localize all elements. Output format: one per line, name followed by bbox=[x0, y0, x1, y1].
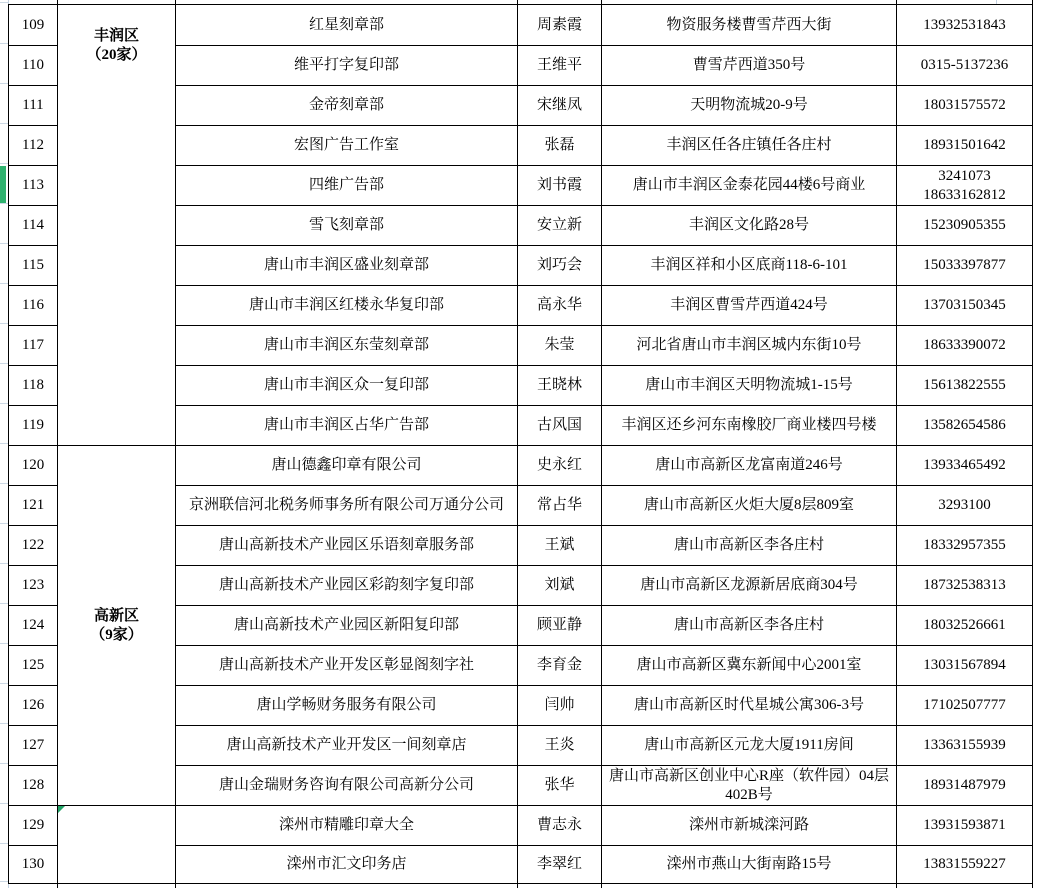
sheet-gridline-stub bbox=[0, 881, 8, 882]
district-cell[interactable]: 高新区（9家） bbox=[58, 446, 176, 806]
phone-cell-line: 13831559227 bbox=[899, 855, 1030, 874]
spreadsheet-viewport: 109丰润区（20家）红星刻章部周素霞物资服务楼曹雪芹西大街1393253184… bbox=[0, 0, 1038, 888]
cell-comment-indicator-triangle bbox=[58, 806, 65, 813]
phone-cell-line: 13932531843 bbox=[899, 16, 1030, 35]
business-name-cell[interactable]: 唐山高新技术产业园区新阳复印部 bbox=[176, 606, 518, 646]
address-cell-line: 丰润区祥和小区底商118-6-101 bbox=[604, 256, 894, 275]
column-border-stub bbox=[896, 0, 897, 4]
phone-cell-line: 0315-5137236 bbox=[899, 56, 1030, 75]
phone-cell-line: 13703150345 bbox=[899, 296, 1030, 315]
address-cell[interactable]: 丰润区文化路28号 bbox=[602, 206, 897, 246]
address-cell-line: 唐山市高新区时代星城公寓306-3号 bbox=[604, 696, 894, 715]
contact-person-cell[interactable]: 李翠红 bbox=[518, 846, 602, 884]
address-cell[interactable]: 滦州市燕山大街南路15号 bbox=[602, 846, 897, 884]
sheet-gridline-stub bbox=[0, 763, 8, 764]
contact-person-cell[interactable]: 史永红 bbox=[518, 446, 602, 486]
phone-cell-line: 18031575572 bbox=[899, 96, 1030, 115]
sheet-gridline-stub bbox=[0, 483, 8, 484]
sheet-gridline-stub bbox=[0, 203, 8, 204]
contact-person-cell[interactable]: 张磊 bbox=[518, 126, 602, 166]
phone-cell-line: 15033397877 bbox=[899, 256, 1030, 275]
address-cell[interactable]: 唐山市高新区时代星城公寓306-3号 bbox=[602, 686, 897, 726]
row-number-cell[interactable]: 127 bbox=[9, 726, 58, 766]
business-name-cell[interactable]: 金帝刻章部 bbox=[176, 86, 518, 126]
address-cell[interactable]: 唐山市高新区火炬大厦8层809室 bbox=[602, 486, 897, 526]
contact-person-cell[interactable]: 安立新 bbox=[518, 206, 602, 246]
sheet-gridline-stub bbox=[0, 843, 8, 844]
business-name-cell[interactable]: 唐山市丰润区盛业刻章部 bbox=[176, 246, 518, 286]
address-cell-line: 唐山市高新区创业中心R座（软件园）04层 bbox=[604, 767, 894, 786]
business-name-cell[interactable]: 唐山市丰润区众一复印部 bbox=[176, 366, 518, 406]
phone-cell[interactable]: 15230905355 bbox=[897, 206, 1033, 246]
row-number-cell[interactable]: 123 bbox=[9, 566, 58, 606]
sheet-gridline-stub bbox=[0, 443, 8, 444]
phone-cell[interactable]: 3293100 bbox=[897, 486, 1033, 526]
phone-cell-line: 18633390072 bbox=[899, 336, 1030, 355]
address-cell[interactable]: 唐山市高新区龙富南道246号 bbox=[602, 446, 897, 486]
phone-cell-line: 13582654586 bbox=[899, 416, 1030, 435]
address-cell-line: 天明物流城20-9号 bbox=[604, 96, 894, 115]
address-cell[interactable]: 唐山市高新区元龙大厦1911房间 bbox=[602, 726, 897, 766]
phone-cell-line: 18032526661 bbox=[899, 616, 1030, 635]
contact-person-cell[interactable]: 周素霞 bbox=[518, 5, 602, 46]
address-cell[interactable]: 物资服务楼曹雪芹西大街 bbox=[602, 5, 897, 46]
phone-cell-line: 15613822555 bbox=[899, 376, 1030, 395]
address-cell-line: 唐山市高新区龙源新居底商304号 bbox=[604, 576, 894, 595]
district-label: 丰润区（20家） bbox=[60, 5, 173, 65]
address-cell[interactable]: 滦州市新城滦河路 bbox=[602, 806, 897, 846]
row-selection-highlight bbox=[0, 166, 6, 204]
phone-cell-line: 18931487979 bbox=[899, 776, 1030, 795]
row-number-cell[interactable]: 115 bbox=[9, 246, 58, 286]
contact-person-cell[interactable]: 刘斌 bbox=[518, 566, 602, 606]
phone-cell[interactable]: 18931487979 bbox=[897, 766, 1033, 806]
phone-cell-line: 3293100 bbox=[899, 496, 1030, 515]
phone-cell-line: 18931501642 bbox=[899, 136, 1030, 155]
row-number-cell[interactable]: 110 bbox=[9, 46, 58, 86]
row-number-cell[interactable]: 113 bbox=[9, 166, 58, 206]
table-row: 120高新区（9家）唐山德鑫印章有限公司史永红唐山市高新区龙富南道246号139… bbox=[9, 446, 1033, 486]
address-cell-line: 唐山市高新区李各庄村 bbox=[604, 536, 894, 555]
phone-cell-line: 3241073 bbox=[899, 167, 1030, 186]
contact-person-cell[interactable]: 顾亚静 bbox=[518, 606, 602, 646]
address-cell-line: 丰润区还乡河东南橡胶厂商业楼四号楼 bbox=[604, 416, 894, 435]
address-cell[interactable]: 唐山市丰润区天明物流城1-15号 bbox=[602, 366, 897, 406]
business-name-cell[interactable]: 唐山市丰润区红楼永华复印部 bbox=[176, 286, 518, 326]
address-cell-line: 唐山市高新区李各庄村 bbox=[604, 616, 894, 635]
contact-person-cell[interactable]: 古风国 bbox=[518, 406, 602, 446]
table-row: 109丰润区（20家）红星刻章部周素霞物资服务楼曹雪芹西大街1393253184… bbox=[9, 5, 1033, 46]
column-border-stub bbox=[57, 883, 58, 888]
phone-cell[interactable]: 13932531843 bbox=[897, 5, 1033, 46]
business-name-cell[interactable]: 京洲联信河北税务师事务所有限公司万通分公司 bbox=[176, 486, 518, 526]
row-number-cell[interactable]: 112 bbox=[9, 126, 58, 166]
sheet-gridline-stub bbox=[0, 563, 8, 564]
phone-cell[interactable]: 0315-5137236 bbox=[897, 46, 1033, 86]
sheet-gridline-stub bbox=[0, 403, 8, 404]
business-name-cell[interactable]: 四维广告部 bbox=[176, 166, 518, 206]
column-border-stub bbox=[175, 0, 176, 4]
address-cell[interactable]: 丰润区曹雪芹西道424号 bbox=[602, 286, 897, 326]
business-name-cell[interactable]: 唐山高新技术产业开发区一间刻章店 bbox=[176, 726, 518, 766]
business-name-cell[interactable]: 唐山德鑫印章有限公司 bbox=[176, 446, 518, 486]
row-number-cell[interactable]: 125 bbox=[9, 646, 58, 686]
phone-cell-line: 18332957355 bbox=[899, 536, 1030, 555]
row-number-cell[interactable]: 124 bbox=[9, 606, 58, 646]
phone-cell-line: 17102507777 bbox=[899, 696, 1030, 715]
column-border-stub bbox=[601, 883, 602, 888]
phone-cell[interactable]: 13582654586 bbox=[897, 406, 1033, 446]
row-number-cell[interactable]: 126 bbox=[9, 686, 58, 726]
district-cell[interactable]: 丰润区（20家） bbox=[58, 5, 176, 446]
business-name-cell[interactable]: 唐山金瑞财务咨询有限公司高新分公司 bbox=[176, 766, 518, 806]
column-border-stub bbox=[517, 0, 518, 4]
district-name: 高新区 bbox=[60, 607, 173, 626]
business-name-cell[interactable]: 唐山学畅财务服务有限公司 bbox=[176, 686, 518, 726]
row-number-cell[interactable]: 122 bbox=[9, 526, 58, 566]
address-cell[interactable]: 唐山市高新区龙源新居底商304号 bbox=[602, 566, 897, 606]
address-cell[interactable]: 丰润区祥和小区底商118-6-101 bbox=[602, 246, 897, 286]
sheet-gridline-stub bbox=[0, 163, 8, 164]
row-number-cell[interactable]: 116 bbox=[9, 286, 58, 326]
address-cell[interactable]: 唐山市高新区李各庄村 bbox=[602, 606, 897, 646]
address-cell[interactable]: 曹雪芹西道350号 bbox=[602, 46, 897, 86]
district-count: （9家） bbox=[60, 626, 173, 645]
row-number-cell[interactable]: 117 bbox=[9, 326, 58, 366]
phone-cell-line: 18732538313 bbox=[899, 576, 1030, 595]
phone-cell[interactable]: 324107318633162812 bbox=[897, 166, 1033, 206]
sheet-gridline-stub bbox=[0, 683, 8, 684]
contact-person-cell[interactable]: 宋继凤 bbox=[518, 86, 602, 126]
business-name-cell[interactable]: 唐山高新技术产业开发区彰显阁刻字社 bbox=[176, 646, 518, 686]
district-cell[interactable] bbox=[58, 806, 176, 884]
contact-person-cell[interactable]: 刘巧会 bbox=[518, 246, 602, 286]
address-cell[interactable]: 丰润区还乡河东南橡胶厂商业楼四号楼 bbox=[602, 406, 897, 446]
address-cell[interactable]: 唐山市高新区冀东新闻中心2001室 bbox=[602, 646, 897, 686]
phone-cell[interactable]: 18931501642 bbox=[897, 126, 1033, 166]
column-border-stub bbox=[175, 883, 176, 888]
business-name-cell[interactable]: 唐山高新技术产业园区乐语刻章服务部 bbox=[176, 526, 518, 566]
sheet-gridline-stub bbox=[0, 283, 8, 284]
row-number-cell[interactable]: 128 bbox=[9, 766, 58, 806]
sheet-gridline-stub bbox=[0, 83, 8, 84]
row-number-cell[interactable]: 118 bbox=[9, 366, 58, 406]
phone-cell[interactable]: 18633390072 bbox=[897, 326, 1033, 366]
column-border-stub bbox=[517, 883, 518, 888]
sheet-gridline-stub bbox=[0, 523, 8, 524]
address-cell-line: 滦州市燕山大街南路15号 bbox=[604, 855, 894, 874]
address-cell-line: 唐山市丰润区天明物流城1-15号 bbox=[604, 376, 894, 395]
address-cell-line: 唐山市高新区冀东新闻中心2001室 bbox=[604, 656, 894, 675]
business-name-cell[interactable]: 雪飞刻章部 bbox=[176, 206, 518, 246]
row-number-cell[interactable]: 111 bbox=[9, 86, 58, 126]
district-name: 丰润区 bbox=[60, 27, 173, 46]
sheet-gridline-stub bbox=[0, 643, 8, 644]
column-border-stub bbox=[601, 0, 602, 4]
address-cell-line: 唐山市丰润区金泰花园44楼6号商业 bbox=[604, 176, 894, 195]
phone-cell[interactable]: 15613822555 bbox=[897, 366, 1033, 406]
sheet-gridline-stub bbox=[0, 2, 8, 3]
address-cell-line: 丰润区曹雪芹西道424号 bbox=[604, 296, 894, 315]
phone-cell[interactable]: 13363155939 bbox=[897, 726, 1033, 766]
phone-cell-line: 15230905355 bbox=[899, 216, 1030, 235]
phone-cell[interactable]: 15033397877 bbox=[897, 246, 1033, 286]
column-border-stub bbox=[1032, 883, 1033, 888]
sheet-gridline-stub bbox=[0, 243, 8, 244]
column-border-stub bbox=[1032, 0, 1033, 4]
district-label: 高新区（9家） bbox=[60, 607, 173, 645]
business-name-cell[interactable]: 维平打字复印部 bbox=[176, 46, 518, 86]
address-cell-line: 丰润区文化路28号 bbox=[604, 216, 894, 235]
sheet-gridline-stub bbox=[0, 123, 8, 124]
sheet-gridline-stub bbox=[0, 723, 8, 724]
sheet-gridline-stub bbox=[0, 803, 8, 804]
address-cell-line: 唐山市高新区火炬大厦8层809室 bbox=[604, 496, 894, 515]
business-name-cell[interactable]: 宏图广告工作室 bbox=[176, 126, 518, 166]
contact-person-cell[interactable]: 刘书霞 bbox=[518, 166, 602, 206]
address-cell[interactable]: 丰润区任各庄镇任各庄村 bbox=[602, 126, 897, 166]
address-cell-line: 河北省唐山市丰润区城内东街10号 bbox=[604, 336, 894, 355]
phone-cell[interactable]: 13703150345 bbox=[897, 286, 1033, 326]
address-cell-line: 402B号 bbox=[604, 786, 894, 805]
phone-cell[interactable]: 13933465492 bbox=[897, 446, 1033, 486]
phone-cell[interactable]: 17102507777 bbox=[897, 686, 1033, 726]
phone-cell[interactable]: 18732538313 bbox=[897, 566, 1033, 606]
phone-cell[interactable]: 18032526661 bbox=[897, 606, 1033, 646]
phone-cell[interactable]: 13831559227 bbox=[897, 846, 1033, 884]
business-name-cell[interactable]: 唐山市丰润区东莹刻章部 bbox=[176, 326, 518, 366]
address-cell-line: 物资服务楼曹雪芹西大街 bbox=[604, 16, 894, 35]
row-number-cell[interactable]: 121 bbox=[9, 486, 58, 526]
address-cell[interactable]: 唐山市高新区李各庄村 bbox=[602, 526, 897, 566]
business-name-cell[interactable]: 滦州市汇文印务店 bbox=[176, 846, 518, 884]
phone-cell[interactable]: 18031575572 bbox=[897, 86, 1033, 126]
address-cell[interactable]: 河北省唐山市丰润区城内东街10号 bbox=[602, 326, 897, 366]
contact-person-cell[interactable]: 闫帅 bbox=[518, 686, 602, 726]
contact-person-cell[interactable]: 常占华 bbox=[518, 486, 602, 526]
business-name-cell[interactable]: 唐山市丰润区占华广告部 bbox=[176, 406, 518, 446]
business-name-cell[interactable]: 滦州市精雕印章大全 bbox=[176, 806, 518, 846]
contact-person-cell[interactable]: 王斌 bbox=[518, 526, 602, 566]
address-cell[interactable]: 天明物流城20-9号 bbox=[602, 86, 897, 126]
row-number-cell[interactable]: 120 bbox=[9, 446, 58, 486]
contact-person-cell[interactable]: 王炎 bbox=[518, 726, 602, 766]
district-count: （20家） bbox=[60, 46, 173, 65]
address-cell-line: 滦州市新城滦河路 bbox=[604, 816, 894, 835]
contact-person-cell[interactable]: 张华 bbox=[518, 766, 602, 806]
business-name-cell[interactable]: 红星刻章部 bbox=[176, 5, 518, 46]
column-border-stub bbox=[57, 0, 58, 4]
address-cell[interactable]: 唐山市丰润区金泰花园44楼6号商业 bbox=[602, 166, 897, 206]
contact-person-cell[interactable]: 王维平 bbox=[518, 46, 602, 86]
phone-cell-line: 13031567894 bbox=[899, 656, 1030, 675]
address-cell-line: 唐山市高新区元龙大厦1911房间 bbox=[604, 736, 894, 755]
business-name-cell[interactable]: 唐山高新技术产业园区彩韵刻字复印部 bbox=[176, 566, 518, 606]
row-number-cell[interactable]: 114 bbox=[9, 206, 58, 246]
row-number-cell[interactable]: 129 bbox=[9, 806, 58, 846]
contact-person-cell[interactable]: 李育金 bbox=[518, 646, 602, 686]
business-registry-table: 109丰润区（20家）红星刻章部周素霞物资服务楼曹雪芹西大街1393253184… bbox=[8, 4, 1033, 884]
phone-cell[interactable]: 18332957355 bbox=[897, 526, 1033, 566]
sheet-gridline-stub bbox=[0, 603, 8, 604]
sheet-gridline-stub bbox=[0, 323, 8, 324]
row-number-cell[interactable]: 130 bbox=[9, 846, 58, 884]
contact-person-cell[interactable]: 朱莹 bbox=[518, 326, 602, 366]
address-cell-line: 唐山市高新区龙富南道246号 bbox=[604, 456, 894, 475]
phone-cell[interactable]: 13931593871 bbox=[897, 806, 1033, 846]
phone-cell[interactable]: 13031567894 bbox=[897, 646, 1033, 686]
contact-person-cell[interactable]: 曹志永 bbox=[518, 806, 602, 846]
row-number-cell[interactable]: 119 bbox=[9, 406, 58, 446]
phone-cell-line: 13931593871 bbox=[899, 816, 1030, 835]
phone-cell-line: 18633162812 bbox=[899, 186, 1030, 205]
contact-person-cell[interactable]: 王晓林 bbox=[518, 366, 602, 406]
row-number-cell[interactable]: 109 bbox=[9, 5, 58, 46]
phone-cell-line: 13933465492 bbox=[899, 456, 1030, 475]
column-border-stub bbox=[896, 883, 897, 888]
table-row: 129滦州市精雕印章大全曹志永滦州市新城滦河路13931593871 bbox=[9, 806, 1033, 846]
business-table-body: 109丰润区（20家）红星刻章部周素霞物资服务楼曹雪芹西大街1393253184… bbox=[9, 5, 1033, 884]
address-cell-line: 曹雪芹西道350号 bbox=[604, 56, 894, 75]
contact-person-cell[interactable]: 高永华 bbox=[518, 286, 602, 326]
sheet-gridline-stub bbox=[0, 43, 8, 44]
address-cell[interactable]: 唐山市高新区创业中心R座（软件园）04层402B号 bbox=[602, 766, 897, 806]
phone-cell-line: 13363155939 bbox=[899, 736, 1030, 755]
address-cell-line: 丰润区任各庄镇任各庄村 bbox=[604, 136, 894, 155]
sheet-gridline-stub bbox=[0, 363, 8, 364]
